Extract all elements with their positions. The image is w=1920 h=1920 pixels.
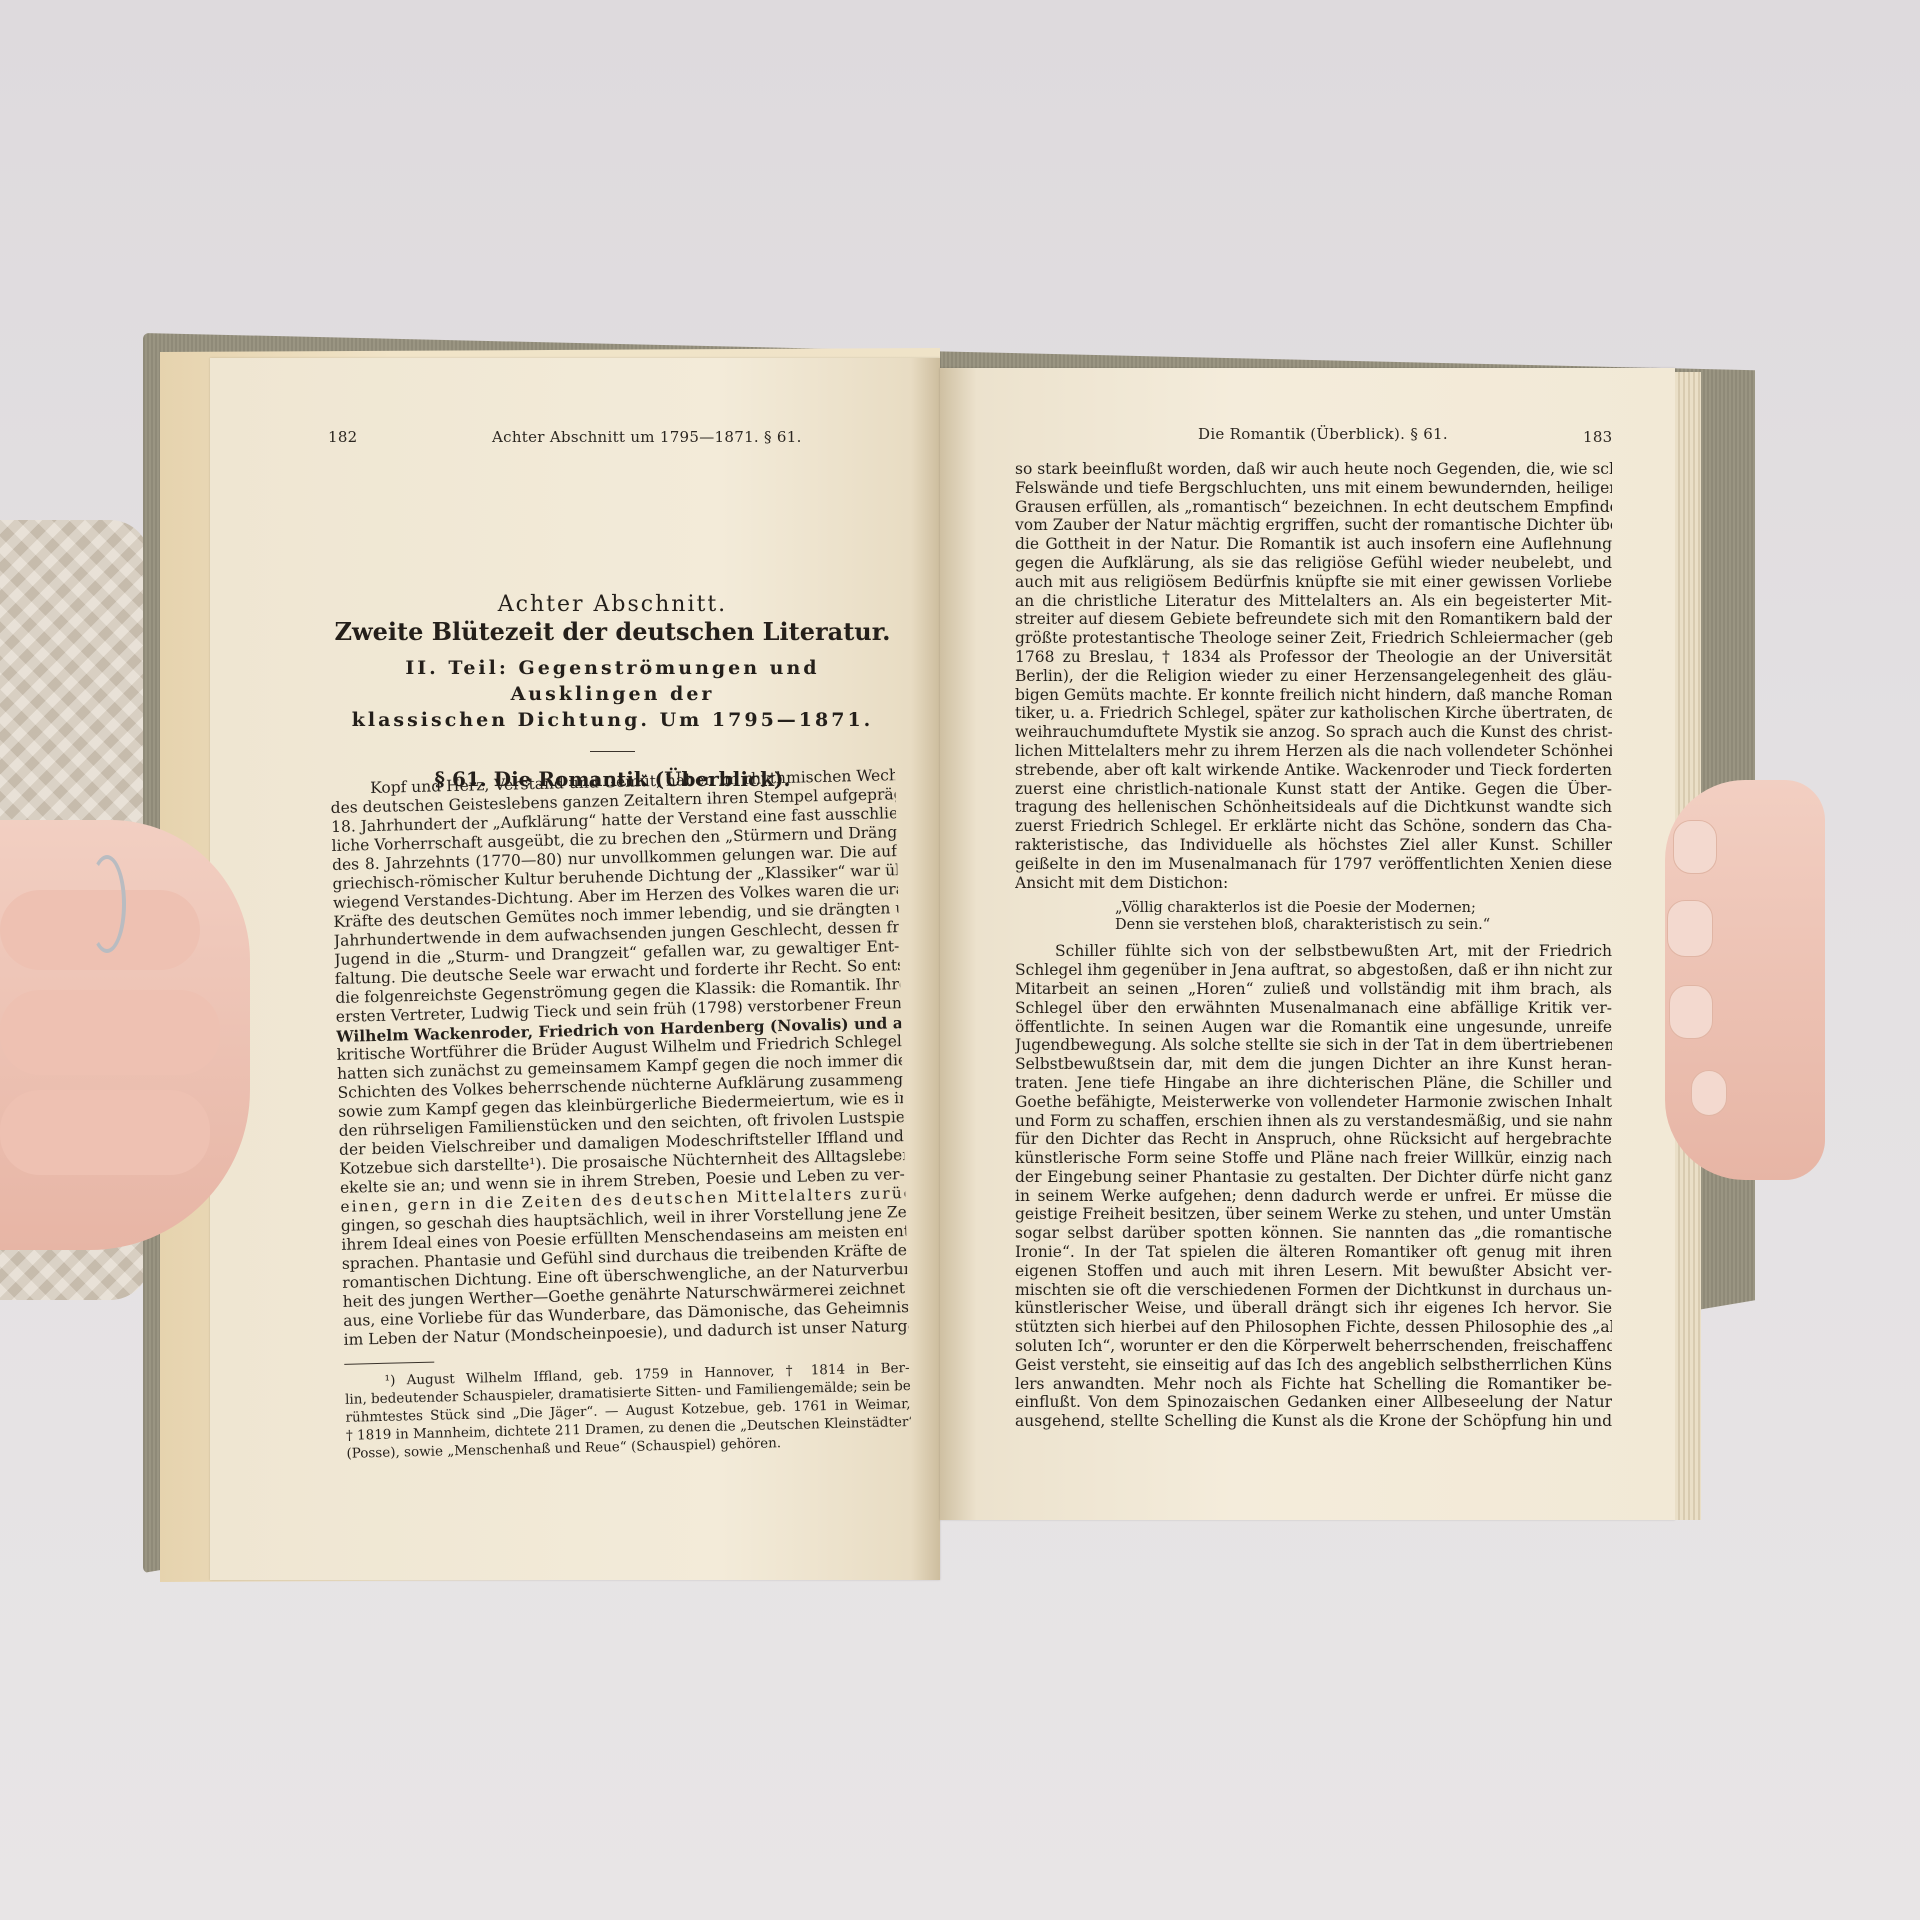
text-line: gegen die Aufklärung, als sie das religi… [1015, 554, 1612, 573]
chapter-heading: Achter Abschnitt. [330, 595, 895, 614]
text-line: zuerst Friedrich Schlegel. Er erklärte n… [1015, 817, 1612, 836]
text-line: Ironie“. In der Tat spielen die älteren … [1015, 1243, 1612, 1262]
left-running-head: Achter Abschnitt um 1795—1871. § 61. [492, 428, 802, 446]
text-line: die Gottheit in der Natur. Die Romantik … [1015, 535, 1612, 554]
text-line: streiter auf diesem Gebiete befreundete … [1015, 610, 1612, 629]
text-line: so stark beeinflußt worden, daß wir auch… [1015, 460, 1612, 479]
right-page-body: so stark beeinflußt worden, daß wir auch… [1015, 460, 1612, 1431]
distichon-quote: „Völlig charakterlos ist die Poesie der … [1015, 900, 1612, 934]
text-line: öffentlichte. In seinen Augen war die Ro… [1015, 1018, 1612, 1037]
text-line: traten. Jene tiefe Hingabe an ihre dicht… [1015, 1074, 1612, 1093]
text-line: geißelte in den im Musenalmanach für 179… [1015, 855, 1612, 874]
text-line: eigenen Stoffen und auch mit ihren Leser… [1015, 1262, 1612, 1281]
left-hand [0, 820, 250, 1250]
text-line: größte protestantische Theologe seiner Z… [1015, 629, 1612, 648]
left-page-body: Achter Abschnitt. Zweite Blütezeit der d… [330, 585, 895, 795]
fingernail [1691, 1070, 1727, 1116]
text-line: lichen Mittelalters mehr zu ihrem Herzen… [1015, 742, 1612, 761]
text-line: soluten Ich“, worunter er den die Körper… [1015, 1337, 1612, 1356]
text-line: der Eingebung seiner Phantasie zu gestal… [1015, 1168, 1612, 1187]
text-line: an die christliche Literatur des Mittela… [1015, 592, 1612, 611]
text-line: Jugendbewegung. Als solche stellte sie s… [1015, 1036, 1612, 1055]
text-line: tragung des hellenischen Schönheitsideal… [1015, 798, 1612, 817]
text-line: 1768 zu Breslau, † 1834 als Professor de… [1015, 648, 1612, 667]
text-line: stützten sich hierbei auf den Philosophe… [1015, 1318, 1612, 1337]
right-page-number: 183 [1583, 428, 1613, 446]
footnote-divider [344, 1362, 434, 1365]
text-line: strebende, aber oft kalt wirkende Antike… [1015, 761, 1612, 780]
quote-line: Denn sie verstehen bloß, charakteristisc… [1115, 917, 1612, 934]
text-line: Schlegel ihm gegenüber in Jena auftrat, … [1015, 961, 1612, 980]
text-line: Schlegel über den erwähnten Musenalmanac… [1015, 999, 1612, 1018]
text-line: sogar selbst darüber spotten können. Sie… [1015, 1224, 1612, 1243]
part-heading-line-1: II. Teil: Gegenströmungen und Ausklingen… [330, 655, 895, 707]
text-line: bigen Gemüts machte. Er konnte freilich … [1015, 686, 1612, 705]
text-line: Geist versteht, sie einseitig auf das Ic… [1015, 1356, 1612, 1375]
right-hand [1665, 780, 1825, 1180]
silver-ring [88, 855, 126, 953]
text-line: Goethe befähigte, Meisterwerke von volle… [1015, 1093, 1612, 1112]
text-line: lers anwandten. Mehr noch als Fichte hat… [1015, 1375, 1612, 1394]
text-line: mischten sie oft die verschiedenen Forme… [1015, 1281, 1612, 1300]
fingernail [1667, 900, 1713, 957]
part-heading-line-2: klassischen Dichtung. Um 1795—1871. [330, 707, 895, 733]
text-line: rakteristische, das Individuelle als höc… [1015, 836, 1612, 855]
text-line: tiker, u. a. Friedrich Schlegel, später … [1015, 704, 1612, 723]
chapter-title: Zweite Blütezeit der deutschen Literatur… [330, 622, 895, 641]
quote-line: „Völlig charakterlos ist die Poesie der … [1115, 900, 1612, 917]
fingernail [1673, 820, 1717, 874]
text-line: auch mit aus religiösem Bedürfnis knüpft… [1015, 573, 1612, 592]
text-line: Berlin), der die Religion wieder zu eine… [1015, 667, 1612, 686]
left-page-number: 182 [328, 428, 358, 446]
text-line: und Form zu schaffen, erschien ihnen als… [1015, 1112, 1612, 1131]
text-line: in seinem Werke aufgehen; denn dadurch w… [1015, 1187, 1612, 1206]
left-finger [0, 990, 220, 1075]
right-running-head: Die Romantik (Überblick). § 61. [1198, 425, 1448, 443]
heading-divider [590, 751, 635, 752]
footnote: ¹) August Wilhelm Iffland, geb. 1759 in … [344, 1359, 911, 1463]
text-line: für den Dichter das Recht in Anspruch, o… [1015, 1130, 1612, 1149]
text-line: künstlerische Form seine Stoffe und Plän… [1015, 1149, 1612, 1168]
text-line: künstlerischer Weise, und überall drängt… [1015, 1299, 1612, 1318]
left-page-paragraph: Kopf und Herz, Verstand und Gemüt, haben… [330, 766, 912, 1463]
text-line: ausgehend, stellte Schelling die Kunst a… [1015, 1412, 1612, 1431]
text-line: Ansicht mit dem Distichon: [1015, 874, 1612, 893]
text-line: Mitarbeit an seinen „Horen“ zuließ und v… [1015, 980, 1612, 999]
text-line: Grausen erfüllen, als „romantisch“ bezei… [1015, 498, 1612, 517]
text-line: zuerst eine christlich-nationale Kunst s… [1015, 780, 1612, 799]
text-line: geistige Freiheit besitzen, über seinem … [1015, 1205, 1612, 1224]
text-line: weihrauchumduftete Mystik sie anzog. So … [1015, 723, 1612, 742]
text-line: einflußt. Von dem Spinozaischen Gedanken… [1015, 1393, 1612, 1412]
text-line: Felswände und tiefe Bergschluchten, uns … [1015, 479, 1612, 498]
fingernail [1669, 985, 1713, 1039]
left-finger [0, 1090, 210, 1175]
text-line: vom Zauber der Natur mächtig ergriffen, … [1015, 516, 1612, 535]
text-line: Schiller fühlte sich von der selbstbewuß… [1015, 942, 1612, 961]
text-line: Selbstbewußtsein dar, mit dem die jungen… [1015, 1055, 1612, 1074]
